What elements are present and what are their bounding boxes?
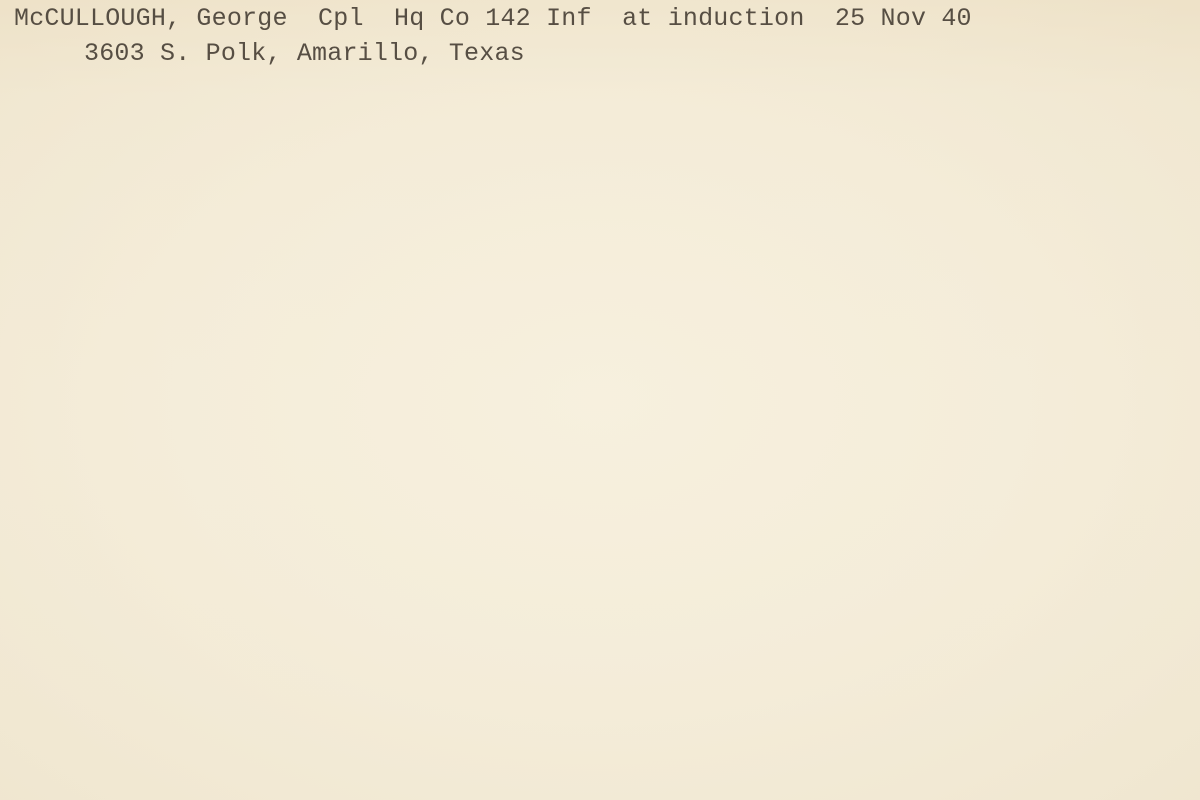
address-line: 3603 S. Polk, Amarillo, Texas <box>84 39 525 68</box>
name-rank-unit-line: McCULLOUGH, George Cpl Hq Co 142 Inf at … <box>14 4 972 33</box>
index-card: McCULLOUGH, George Cpl Hq Co 142 Inf at … <box>0 0 1200 800</box>
